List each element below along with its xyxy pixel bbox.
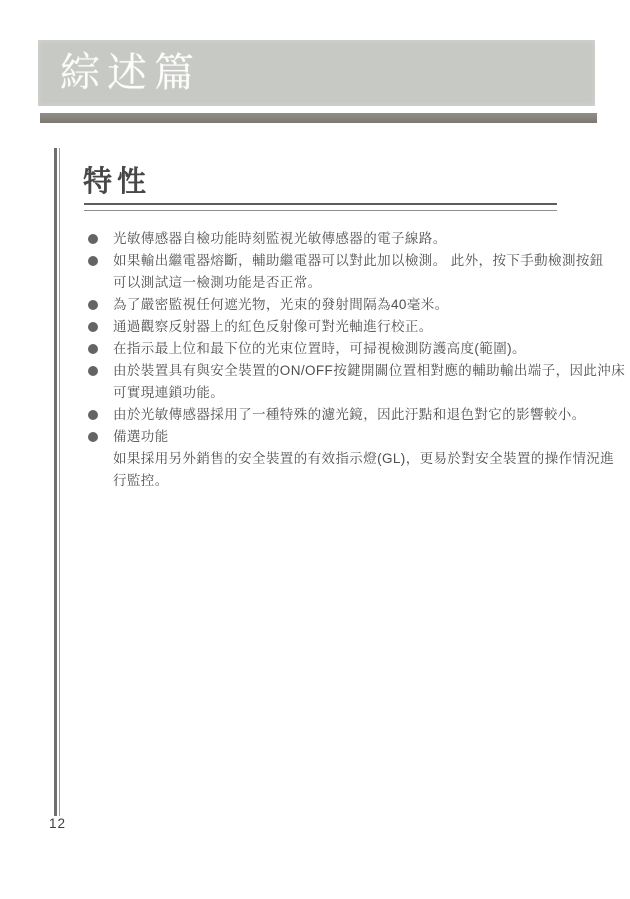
feature-item: 備選功能 如果採用另外銷售的安全裝置的有效指示燈(GL)，更易於對安全裝置的操作… (87, 426, 587, 492)
feature-line: 在指示最上位和最下位的光束位置時，可掃視檢測防護高度(範圍)。 (113, 338, 587, 360)
feature-line: 如果採用另外銷售的安全裝置的有效指示燈(GL)，更易於對安全裝置的操作情況進 (113, 448, 587, 470)
bullet-icon (88, 322, 98, 332)
bullet-icon (88, 432, 98, 442)
feature-line: 通過觀察反射器上的紅色反射像可對光軸進行校正。 (113, 316, 587, 338)
feature-line: 備選功能 (113, 426, 587, 448)
bullet-icon (88, 366, 98, 376)
feature-item: 由於光敏傳感器採用了一種特殊的濾光鏡，因此汙點和退色對它的影響較小。 (87, 404, 587, 426)
feature-line: 為了嚴密監視任何遮光物，光束的發射間隔為40毫米。 (113, 294, 587, 316)
feature-line: 由於裝置具有與安全裝置的ON/OFF按鍵開關位置相對應的輔助輸出端子，因此沖床 (113, 360, 587, 382)
banner-divider-bar (40, 113, 597, 123)
feature-line: 行監控。 (113, 470, 587, 492)
feature-line: 由於光敏傳感器採用了一種特殊的濾光鏡，因此汙點和退色對它的影響較小。 (113, 404, 587, 426)
bullet-icon (88, 256, 98, 266)
feature-line: 如果輸出繼電器熔斷，輔助繼電器可以對此加以檢測。 此外，按下手動檢測按鈕 (113, 250, 587, 272)
bullet-icon (88, 234, 98, 244)
feature-item: 為了嚴密監視任何遮光物，光束的發射間隔為40毫米。 (87, 294, 587, 316)
bullet-icon (88, 300, 98, 310)
feature-line: 可實現連鎖功能。 (113, 382, 587, 404)
manual-page: 綜述篇 特性 光敏傳感器自檢功能時刻監視光敏傳感器的電子線路。 如果輸出繼電器熔… (0, 0, 630, 899)
feature-line: 光敏傳感器自檢功能時刻監視光敏傳感器的電子線路。 (113, 228, 587, 250)
feature-item: 通過觀察反射器上的紅色反射像可對光軸進行校正。 (87, 316, 587, 338)
feature-item: 由於裝置具有與安全裝置的ON/OFF按鍵開關位置相對應的輔助輸出端子，因此沖床 … (87, 360, 587, 404)
left-vertical-rule-outer (54, 148, 57, 816)
page-number: 12 (49, 816, 66, 831)
chapter-banner-title: 綜述篇 (60, 51, 201, 95)
feature-item: 如果輸出繼電器熔斷，輔助繼電器可以對此加以檢測。 此外，按下手動檢測按鈕 可以測… (87, 250, 587, 294)
bullet-icon (88, 344, 98, 354)
feature-line: 可以測試這一檢測功能是否正常。 (113, 272, 587, 294)
bullet-icon (88, 410, 98, 420)
section-title-rule (84, 203, 557, 211)
feature-item: 光敏傳感器自檢功能時刻監視光敏傳感器的電子線路。 (87, 228, 587, 250)
chapter-banner: 綜述篇 (38, 40, 595, 106)
left-vertical-rule-inner (59, 148, 60, 816)
feature-list: 光敏傳感器自檢功能時刻監視光敏傳感器的電子線路。 如果輸出繼電器熔斷，輔助繼電器… (87, 228, 587, 492)
section-title: 特性 (83, 165, 151, 199)
feature-item: 在指示最上位和最下位的光束位置時，可掃視檢測防護高度(範圍)。 (87, 338, 587, 360)
